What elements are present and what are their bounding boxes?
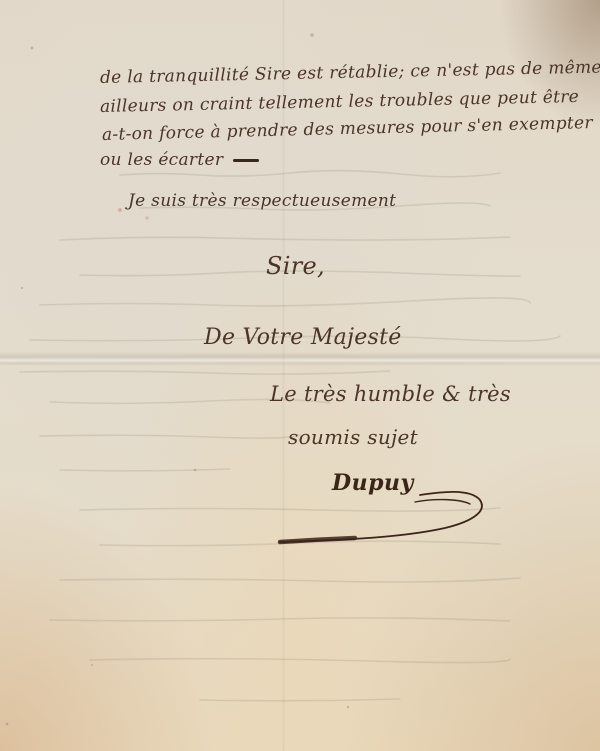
letter-body-line-2: ailleurs on craint tellement les trouble… — [100, 87, 579, 117]
signature-flourish — [270, 490, 500, 560]
letter-page: de la tranquillité Sire est rétablie; ce… — [0, 0, 600, 751]
letter-body-line-3: a-t-on force à prendre des mesures pour … — [102, 113, 593, 145]
humble-line: Le très humble & très — [270, 382, 511, 406]
horizontal-fold-crease — [0, 352, 600, 366]
closing-dash — [233, 159, 259, 162]
salutation-sire: Sire, — [266, 252, 325, 280]
letter-body-line-1: de la tranquillité Sire est rétablie; ce… — [100, 57, 600, 88]
majesty-line: De Votre Majesté — [204, 325, 402, 350]
subject-line: soumis sujet — [288, 425, 418, 449]
letter-body-line-4: ou les écarter — [100, 150, 259, 170]
closing-formula: Je suis très respectueusement — [128, 191, 396, 211]
letter-body-line-4-text: ou les écarter — [100, 150, 223, 170]
